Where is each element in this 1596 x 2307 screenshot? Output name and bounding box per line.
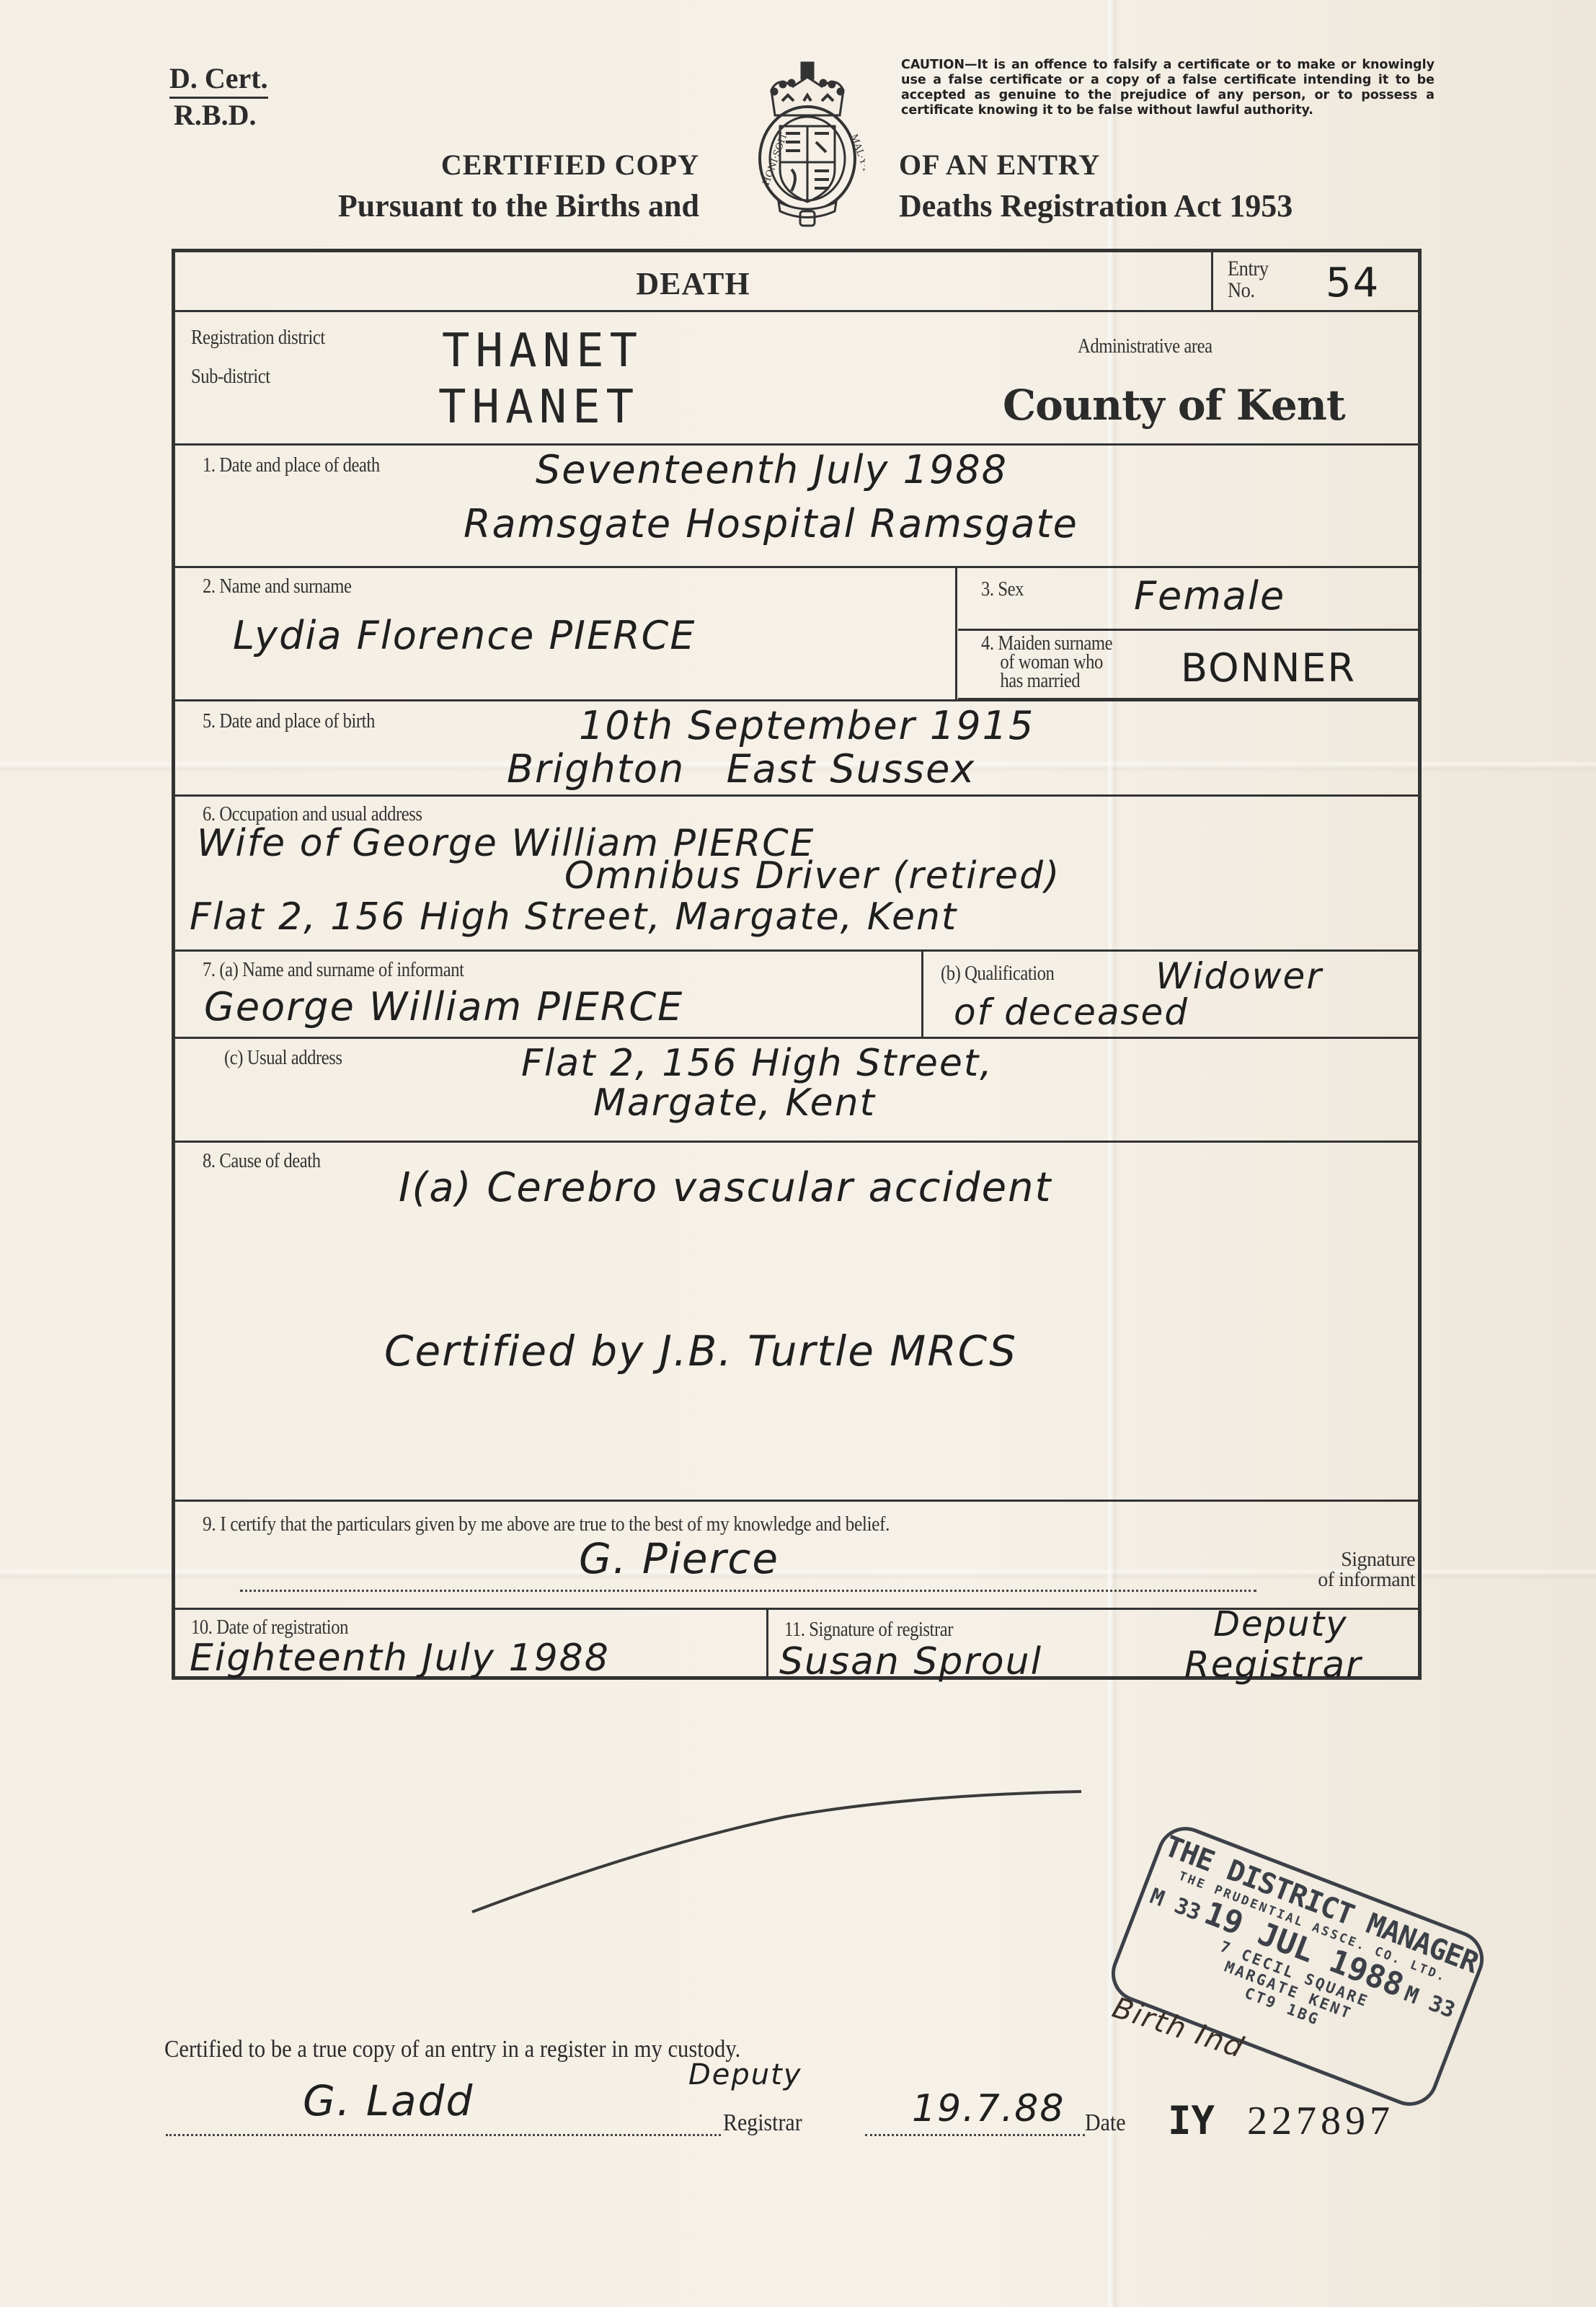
svg-text:MAL·Y·PENSE: MAL·Y·PENSE xyxy=(848,133,865,202)
sub-district-label: Sub-district xyxy=(191,366,270,389)
birth-label: 5. Date and place of birth xyxy=(203,710,375,733)
registration-date: Eighteenth July 1988 xyxy=(190,1637,610,1680)
occupation-line2: Omnibus Driver (retired) xyxy=(564,854,1060,898)
administrative-area-value: County of Kent xyxy=(1003,381,1345,430)
date-of-death: Seventeenth July 1988 xyxy=(536,447,1008,492)
caution-notice: CAUTION—It is an offence to falsify a ce… xyxy=(901,58,1435,118)
informant-signature: G. Pierce xyxy=(579,1534,779,1583)
title-of-an-entry: OF AN ENTRY xyxy=(899,148,1404,182)
informant-name: George William PIERCE xyxy=(204,984,683,1029)
informant-address-line2: Margate, Kent xyxy=(593,1081,876,1125)
place-of-birth: Brighton East Sussex xyxy=(507,746,975,792)
form-code-top: D. Cert. xyxy=(169,62,268,99)
date-label: Date xyxy=(1085,2109,1125,2137)
form-type: DEATH xyxy=(175,265,1211,302)
certifying-signature: G. Ladd xyxy=(303,2076,474,2125)
title-certified-copy: CERTIFIED COPY xyxy=(260,148,699,182)
registrar-signature-label: 11. Signature of registrar xyxy=(784,1619,953,1642)
declaration-text: 9. I certify that the particulars given … xyxy=(203,1513,890,1536)
cause-of-death-label: 8. Cause of death xyxy=(203,1150,321,1173)
sex-label: 3. Sex xyxy=(981,578,1024,601)
title-left: CERTIFIED COPY Pursuant to the Births an… xyxy=(260,148,699,224)
serial-prefix: IY xyxy=(1168,2098,1215,2143)
sub-district-value: THANET xyxy=(438,381,639,434)
form-code-bottom: R.B.D. xyxy=(169,99,256,132)
informant-address-line1: Flat 2, 156 High Street, xyxy=(521,1042,993,1085)
certifying-signature-line xyxy=(166,2134,721,2136)
form-code: D. Cert. R.B.D. xyxy=(169,62,268,132)
certification-date: 19.7.88 xyxy=(912,2087,1065,2130)
certified-by: Certified by J.B. Turtle MRCS xyxy=(384,1327,1017,1376)
signature-of-informant-label: Signature of informant xyxy=(1285,1550,1415,1590)
date-of-birth: 10th September 1915 xyxy=(579,703,1034,748)
qualification-label: (b) Qualification xyxy=(941,962,1054,986)
date-place-death-label: 1. Date and place of death xyxy=(203,454,380,477)
title-pursuant: Pursuant to the Births and xyxy=(260,187,699,224)
place-of-death: Ramsgate Hospital Ramsgate xyxy=(464,501,1078,546)
title-right: OF AN ENTRY Deaths Registration Act 1953 xyxy=(899,148,1404,224)
cause-of-death: I(a) Cerebro vascular accident xyxy=(399,1164,1052,1211)
informant-address-label: (c) Usual address xyxy=(224,1047,342,1070)
informant-name-label: 7. (a) Name and surname of informant xyxy=(203,959,464,982)
name-label: 2. Name and surname xyxy=(203,575,351,598)
cancel-stroke xyxy=(461,1781,1096,1925)
administrative-area-label: Administrative area xyxy=(1078,335,1212,358)
entry-label: Entry No. xyxy=(1228,258,1268,301)
usual-address: Flat 2, 156 High Street, Margate, Kent xyxy=(190,895,957,939)
certification-text: Certified to be a true copy of an entry … xyxy=(164,2036,740,2063)
qualification-line2: of deceased xyxy=(954,991,1189,1033)
registrar-label: Registrar xyxy=(723,2109,802,2137)
registrar-title-registrar: Registrar xyxy=(1184,1644,1362,1686)
registrar-title-deputy: Deputy xyxy=(1213,1604,1348,1644)
title-act: Deaths Registration Act 1953 xyxy=(899,187,1404,224)
registration-district-value: THANET xyxy=(442,324,643,378)
informant-signature-line xyxy=(240,1590,1256,1592)
registrar-signature: Susan Sproul xyxy=(779,1640,1042,1683)
serial-number: 227897 xyxy=(1247,2098,1394,2144)
entry-number: 54 xyxy=(1326,260,1380,306)
death-entry-form: DEATH Entry No. 54 Registration district… xyxy=(172,249,1422,1680)
registration-district-label: Registration district xyxy=(191,327,325,350)
sex-value: Female xyxy=(1134,573,1285,619)
certifying-deputy: Deputy xyxy=(688,2058,802,2091)
maiden-surname-label: 4. Maiden surname of woman who has marri… xyxy=(981,634,1112,691)
maiden-surname-value: BONNER xyxy=(1181,645,1356,691)
royal-coat-of-arms-icon: HONI·SOIT MAL·Y·PENSE xyxy=(750,61,865,227)
deceased-name: Lydia Florence PIERCE xyxy=(233,613,696,658)
date-line xyxy=(865,2134,1085,2136)
